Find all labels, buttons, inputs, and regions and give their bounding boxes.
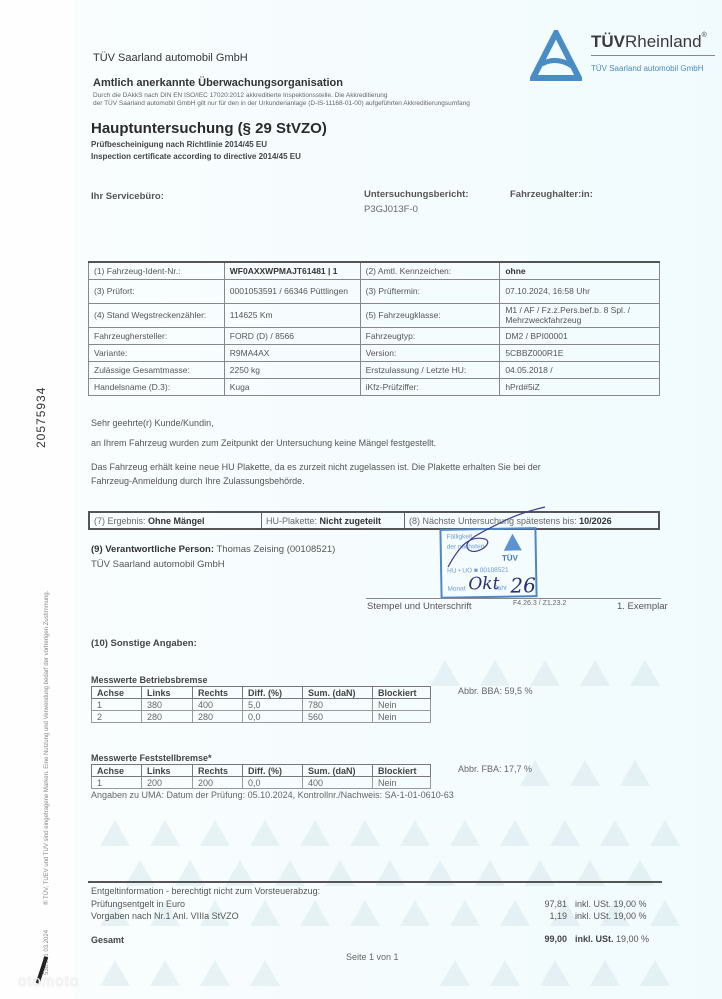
- vin-value: WF0AXXWPMAJT61481 | 1: [224, 262, 360, 279]
- field-label: (3) Prüfort:: [89, 279, 225, 303]
- column-header: Diff. (%): [243, 765, 303, 777]
- table-row: (4) Stand Wegstreckenzähler: 114625 Km (…: [89, 303, 660, 327]
- letter-line-2a: Das Fahrzeug erhält keine neue HU Plaket…: [91, 462, 541, 472]
- fee-item-tax: inkl. USt. 19,00 %: [575, 899, 647, 909]
- column-header: Sum. (daN): [303, 687, 373, 699]
- tuv-rheinland-logo: TÜVRheinland® TÜV Saarland automobil Gmb…: [528, 28, 718, 88]
- plakette-cell: HU-Plakette: Nicht zugeteilt: [262, 513, 405, 528]
- table-row: Fahrzeughersteller: FORD (D) / 8566 Fahr…: [89, 327, 660, 344]
- table-row: Zulässige Gesamtmasse: 2250 kg Erstzulas…: [89, 361, 660, 378]
- cell: 200: [142, 777, 193, 789]
- variant-value: R9MA4AX: [224, 344, 360, 361]
- prueftermin-value: 07.10.2024, 16:58 Uhr: [500, 279, 660, 303]
- fee-item-tax: inkl. USt. 19,00 %: [575, 911, 647, 921]
- trademark-note: ® TÜV, TUEV und TUV sind eingetragene Ma…: [44, 591, 50, 905]
- greeting: Sehr geehrte(r) Kunde/Kundin,: [91, 418, 214, 428]
- fee-item-label: Prüfungsentgelt in Euro: [91, 899, 185, 909]
- letter-line-1: an Ihrem Fahrzeug wurden zum Zeitpunkt d…: [91, 438, 436, 448]
- cell: Nein: [373, 711, 431, 723]
- responsible-company: TÜV Saarland automobil GmbH: [91, 559, 225, 570]
- fahrzeughalter-label: Fahrzeughalter:in:: [510, 189, 593, 200]
- table-row: Handelsname (D.3): Kuga iKfz-Prüfziffer:…: [89, 378, 660, 395]
- document-number: 20575934: [34, 387, 48, 448]
- vehicle-type-value: DM2 / BPI00001: [500, 327, 660, 344]
- column-header: Diff. (%): [243, 687, 303, 699]
- bericht-label: Untersuchungsbericht:: [364, 189, 469, 200]
- column-header: Blockiert: [373, 765, 431, 777]
- field-label: (1) Fahrzeug-Ident-Nr.:: [89, 262, 225, 279]
- column-header: Blockiert: [373, 687, 431, 699]
- cell: 380: [142, 699, 193, 711]
- logo-subline: TÜV Saarland automobil GmbH: [591, 64, 704, 73]
- bericht-number: P3GJ013F-0: [364, 204, 418, 215]
- fee-item-label: Vorgaben nach Nr.1 Anl. VIIIa StVZO: [91, 911, 239, 921]
- cell: 2: [92, 711, 142, 723]
- trade-name-value: Kuga: [224, 378, 360, 395]
- left-margin: [0, 0, 75, 999]
- subtitle-de: Prüfbescheinigung nach Richtlinie 2014/4…: [91, 140, 267, 149]
- column-header: Sum. (daN): [303, 765, 373, 777]
- pruefort-value: 0001053591 / 66346 Püttlingen: [224, 279, 360, 303]
- column-header: Links: [142, 765, 193, 777]
- fee-info: Entgeltinformation - berechtigt nicht zu…: [91, 886, 320, 896]
- uma-info: Angaben zu UMA: Datum der Prüfung: 05.10…: [91, 790, 454, 800]
- cell: 1: [92, 777, 142, 789]
- version-value: 5CBBZ000R1E: [500, 344, 660, 361]
- column-header: Achse: [92, 765, 142, 777]
- total-tax: inkl. USt. 19,00 %: [575, 934, 649, 944]
- fee-divider: [88, 881, 662, 883]
- manufacturer-value: FORD (D) / 8566: [224, 327, 360, 344]
- service-brake-heading: Messwerte Betriebsbremse: [91, 675, 208, 685]
- field-label: (5) Fahrzeugklasse:: [360, 303, 500, 327]
- signature-line: [366, 598, 661, 599]
- cell: 0,0: [243, 777, 303, 789]
- cell: 400: [193, 699, 243, 711]
- column-header: Rechts: [193, 765, 243, 777]
- field-label: Zulässige Gesamtmasse:: [89, 361, 225, 378]
- accreditation-note: Durch die DAkkS nach DIN EN ISO/IEC 1702…: [93, 92, 470, 108]
- cell: 280: [142, 711, 193, 723]
- copy-label: 1. Exemplar: [617, 601, 668, 612]
- letter-line-2b: Fahrzeug-Anmeldung durch Ihre Zulassungs…: [91, 476, 305, 486]
- parking-brake-table: Achse Links Rechts Diff. (%) Sum. (daN) …: [91, 764, 431, 789]
- table-row: 2 280 280 0,0 560 Nein: [92, 711, 431, 723]
- gross-weight-value: 2250 kg: [224, 361, 360, 378]
- vehicle-data-table: (1) Fahrzeug-Ident-Nr.: WF0AXXWPMAJT6148…: [88, 261, 660, 396]
- signature-label: Stempel und Unterschrift: [367, 601, 472, 612]
- table-row: 1 380 400 5,0 780 Nein: [92, 699, 431, 711]
- table-header-row: Achse Links Rechts Diff. (%) Sum. (daN) …: [92, 765, 431, 777]
- cell: 400: [303, 777, 373, 789]
- sonstige-heading: (10) Sonstige Angaben:: [91, 638, 197, 649]
- subtitle-en: Inspection certificate according to dire…: [91, 152, 301, 161]
- field-label: Fahrzeugtyp:: [360, 327, 500, 344]
- column-header: Achse: [92, 687, 142, 699]
- field-label: Fahrzeughersteller:: [89, 327, 225, 344]
- field-label: Erstzulassung / Letzte HU:: [360, 361, 500, 378]
- fee-item-amount: 97,81: [507, 899, 567, 909]
- cell: 5,0: [243, 699, 303, 711]
- cell: 0,0: [243, 711, 303, 723]
- fee-item-amount: 1,19: [507, 911, 567, 921]
- column-header: Links: [142, 687, 193, 699]
- cell: Nein: [373, 699, 431, 711]
- table-row: 1 200 200 0,0 400 Nein: [92, 777, 431, 789]
- field-label: (2) Amtl. Kennzeichen:: [360, 262, 500, 279]
- ergebnis-cell: (7) Ergebnis: Ohne Mängel: [90, 513, 262, 528]
- field-label: (3) Prüftermin:: [360, 279, 500, 303]
- total-label: Gesamt: [91, 935, 124, 945]
- vehicle-class-value: M1 / AF / Fz.z.Pers.bef.b. 8 Spl. / Mehr…: [500, 303, 660, 327]
- organization-title: Amtlich anerkannte Überwachungsorganisat…: [93, 77, 343, 89]
- total-amount: 99,00: [507, 934, 567, 944]
- cell: 200: [193, 777, 243, 789]
- responsible-person: (9) Verantwortliche Person: Thomas Zeisi…: [91, 544, 335, 555]
- accreditation-line-2: der TÜV Saarland automobil GmbH gilt nur…: [93, 100, 470, 108]
- column-header: Rechts: [193, 687, 243, 699]
- service-brake-table: Achse Links Rechts Diff. (%) Sum. (daN) …: [91, 686, 431, 723]
- document-page: TÜV Saarland automobil GmbH Amtlich aner…: [0, 0, 722, 999]
- bba-value: Abbr. BBA: 59,5 %: [458, 686, 533, 696]
- odometer-value: 114625 Km: [224, 303, 360, 327]
- cell: 780: [303, 699, 373, 711]
- result-box: (7) Ergebnis: Ohne Mängel HU-Plakette: N…: [88, 511, 660, 530]
- table-row: Variante: R9MA4AX Version: 5CBBZ000R1E: [89, 344, 660, 361]
- form-reference: F4.26.3 / Z1.23.2: [513, 600, 566, 607]
- table-header-row: Achse Links Rechts Diff. (%) Sum. (daN) …: [92, 687, 431, 699]
- plate-value: ohne: [500, 262, 660, 279]
- field-label: (4) Stand Wegstreckenzähler:: [89, 303, 225, 327]
- cell: 1: [92, 699, 142, 711]
- parking-brake-heading: Messwerte Feststellbremse*: [91, 753, 212, 763]
- accreditation-line-1: Durch die DAkkS nach DIN EN ISO/IEC 1702…: [93, 92, 470, 100]
- stamp-text: Monat: [447, 585, 465, 592]
- page-number: Seite 1 von 1: [346, 952, 399, 962]
- signature-icon: [440, 505, 550, 575]
- table-row: (3) Prüfort: 0001053591 / 66346 Püttling…: [89, 279, 660, 303]
- field-label: Version:: [360, 344, 500, 361]
- issuer-company: TÜV Saarland automobil GmbH: [93, 52, 248, 64]
- watermark: otomoto: [18, 973, 79, 990]
- table-row: (1) Fahrzeug-Ident-Nr.: WF0AXXWPMAJT6148…: [89, 262, 660, 279]
- logo-divider: [591, 55, 715, 56]
- handwritten-month: Okt: [468, 574, 499, 595]
- cell: 560: [303, 711, 373, 723]
- fba-value: Abbr. FBA: 17,7 %: [458, 764, 532, 774]
- ikfz-check-value: hPrd#5iZ: [500, 378, 660, 395]
- tuv-triangle-icon: [530, 30, 582, 82]
- cell: Nein: [373, 777, 431, 789]
- field-label: Variante:: [89, 344, 225, 361]
- field-label: iKfz-Prüfziffer:: [360, 378, 500, 395]
- servicebuero-label: Ihr Servicebüro:: [91, 191, 164, 202]
- field-label: Handelsname (D.3):: [89, 378, 225, 395]
- cell: 280: [193, 711, 243, 723]
- handwritten-year: 26: [510, 573, 536, 597]
- logo-wordmark: TÜVRheinland®: [591, 32, 707, 52]
- page-title: Hauptuntersuchung (§ 29 StVZO): [91, 120, 327, 137]
- first-registration-value: 04.05.2018 /: [500, 361, 660, 378]
- form-code: 538.951 03.2024: [44, 930, 50, 975]
